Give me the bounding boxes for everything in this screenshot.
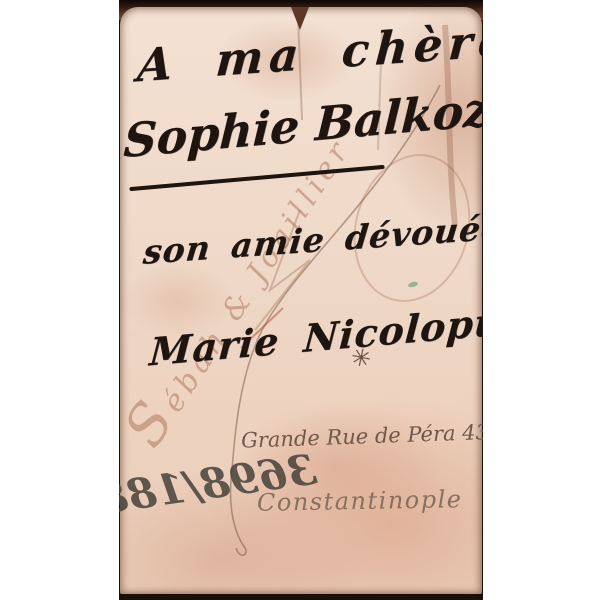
white-background: Sébah & Joaillier ✳ Grande Rue de Péra 4… — [0, 0, 600, 600]
carte-de-visite-back: Sébah & Joaillier ✳ Grande Rue de Péra 4… — [119, 0, 483, 600]
